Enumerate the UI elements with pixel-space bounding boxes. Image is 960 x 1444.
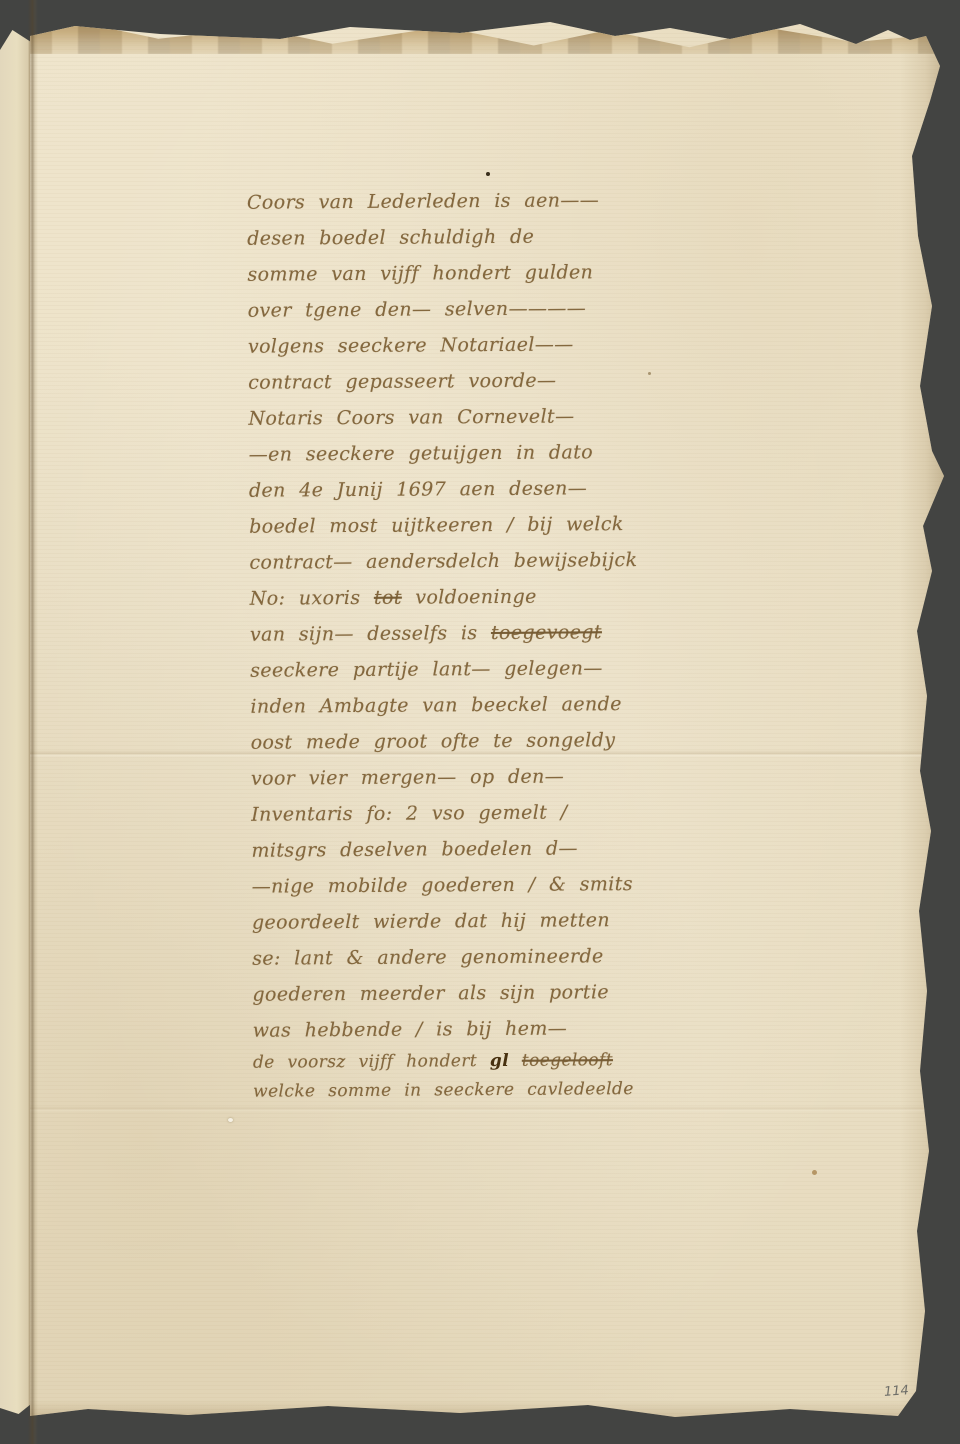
manuscript-line: seeckere partije lant— gelegen— [250,650,736,689]
manuscript-line: Coors van Lederleden is aen—— [247,182,733,221]
manuscript-line: den 4e Junij 1697 aen desen— [249,470,735,509]
manuscript-line: se: lant & andere genomineerde [252,938,738,977]
manuscript-line: goederen meerder als sijn portie [252,974,738,1013]
bottom-edge-shading [30,1400,946,1422]
manuscript-line: No: uxoris tot voldoeninge [250,578,736,617]
manuscript-line: inden Ambagte van beeckel aende [250,686,736,725]
manuscript-line: over tgene den— selven———— [248,290,734,329]
scanned-manuscript-page: mn uum mnu lul n mol ltmnu fin l unn med… [0,0,960,1444]
manuscript-line: somme van vijff hondert gulden [247,254,733,293]
manuscript-line: de voorsz vijff hondert gl toegelooft [253,1046,739,1078]
manuscript-line: voor vier mergen— op den— [251,758,737,797]
manuscript-line: mitsgrs deselven boedelen d— [251,830,737,869]
paper-speck [486,172,490,176]
manuscript-line: —en seeckere getuijgen in dato [249,434,735,473]
manuscript-line: van sijn— desselfs is toegevoegt [250,614,736,653]
manuscript-line: desen boedel schuldigh de [247,218,733,257]
binding-gutter-shadow [28,0,38,1444]
manuscript-line: was hebbende / is bij hem— [253,1010,739,1049]
manuscript-line: Notaris Coors van Cornevelt— [248,398,734,437]
manuscript-line: —nige mobilde goederen / & smits [252,866,738,905]
paper-speck [648,372,651,375]
manuscript-line: oost mede groot ofte te songeldy [251,722,737,761]
manuscript-text: Coors van Lederleden is aen——desen boede… [247,182,739,1107]
paper-speck [812,1170,817,1175]
manuscript-line: contract— aendersdelch bewijsebijck [249,542,735,581]
manuscript-line: boedel most uijtkeeren / bij welck [249,506,735,545]
horizontal-fold-crease [30,1106,946,1112]
previous-page-sliver [0,12,31,1420]
manuscript-line: welcke somme in seeckere cavledeelde [253,1075,739,1107]
right-edge-shading [900,6,946,1422]
manuscript-line: volgens seeckere Notariael—— [248,326,734,365]
folio-page-number: 114 [884,1383,910,1400]
manuscript-line: contract gepasseert voorde— [248,362,734,401]
manuscript-line: Inventaris fo: 2 vso gemelt / [251,794,737,833]
manuscript-line: geoordeelt wierde dat hij metten [252,902,738,941]
paper-speck [228,1118,233,1122]
